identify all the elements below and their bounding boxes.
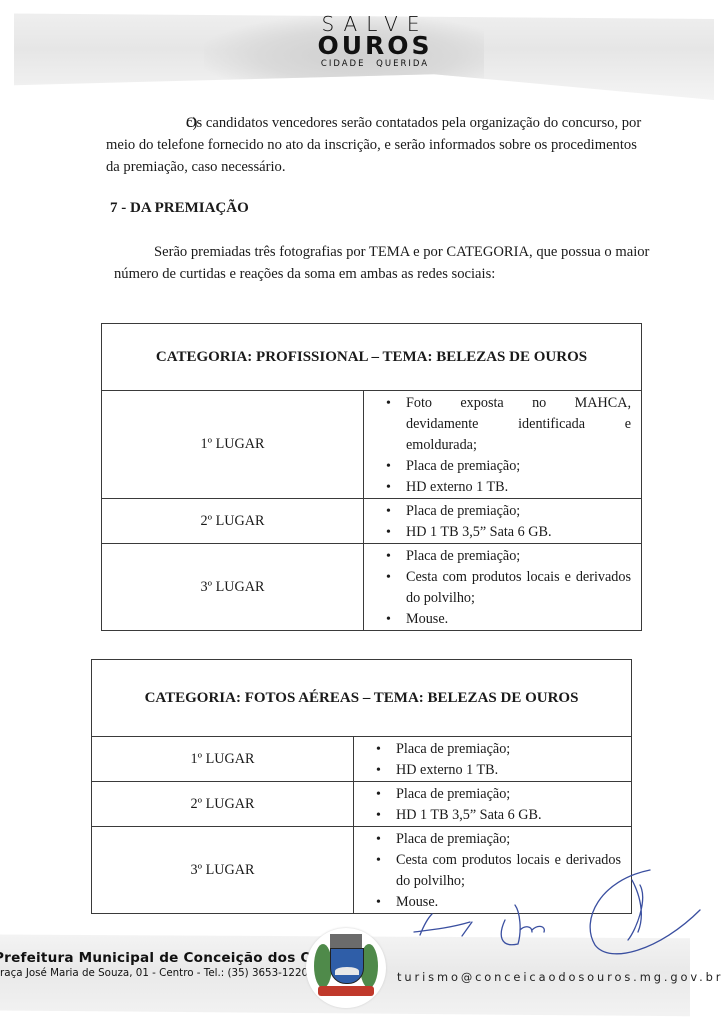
prize-item: Cesta com produtos locais e derivados do…	[374, 850, 621, 892]
section-intro-text: Serão premiadas três fotografias por TEM…	[114, 241, 654, 285]
prize-item: HD externo 1 TB.	[384, 477, 631, 498]
prize-list: Foto exposta no MAHCA, devidamente ident…	[384, 393, 631, 498]
paragraph-c-rest: meio do telefone fornecido no ato da ins…	[106, 134, 652, 178]
prize-list: Placa de premiação;HD 1 TB 3,5” Sata 6 G…	[374, 784, 621, 826]
prize-items-cell: Placa de premiação;Cesta com produtos lo…	[364, 544, 642, 631]
table-title: CATEGORIA: PROFISSIONAL – TEMA: BELEZAS …	[102, 324, 642, 391]
prize-item: Cesta com produtos locais e derivados do…	[384, 567, 631, 609]
section-intro: Serão premiadas três fotografias por TEM…	[114, 241, 654, 285]
prize-list: Placa de premiação;Cesta com produtos lo…	[384, 546, 631, 630]
prize-table-fotos-aereas: CATEGORIA: FOTOS AÉREAS – TEMA: BELEZAS …	[91, 659, 632, 914]
prize-items-cell: Placa de premiação;HD 1 TB 3,5” Sata 6 G…	[364, 499, 642, 544]
prize-item: Foto exposta no MAHCA, devidamente ident…	[384, 393, 631, 456]
prize-item: Placa de premiação;	[374, 739, 621, 760]
logo-line-ouros: OUROS	[300, 34, 450, 58]
prize-list: Placa de premiação;Cesta com produtos lo…	[374, 829, 621, 913]
prize-items-cell: Placa de premiação;HD 1 TB 3,5” Sata 6 G…	[354, 782, 632, 827]
prize-item: HD 1 TB 3,5” Sata 6 GB.	[374, 805, 621, 826]
place-cell: 2º LUGAR	[102, 499, 364, 544]
logo-tagline: CIDADE QUERIDA	[300, 58, 450, 70]
place-cell: 3º LUGAR	[92, 827, 354, 914]
place-cell: 1º LUGAR	[102, 391, 364, 499]
prize-item: Placa de premiação;	[384, 546, 631, 567]
prize-table-profissional: CATEGORIA: PROFISSIONAL – TEMA: BELEZAS …	[101, 323, 642, 631]
section-title: 7 - DA PREMIAÇÃO	[110, 200, 249, 217]
place-cell: 2º LUGAR	[92, 782, 354, 827]
municipal-coat-of-arms-icon	[306, 928, 386, 1008]
table-row: 3º LUGARPlaca de premiação;Cesta com pro…	[92, 827, 632, 914]
salve-ouros-logo: SALVE OUROS CIDADE QUERIDA	[300, 14, 450, 70]
prize-item: HD externo 1 TB.	[374, 760, 621, 781]
prize-item: Mouse.	[374, 892, 621, 913]
prize-item: Placa de premiação;	[374, 784, 621, 805]
prize-items-cell: Placa de premiação;Cesta com produtos lo…	[354, 827, 632, 914]
paragraph-c: c)Os candidatos vencedores serão contata…	[106, 112, 652, 178]
table-row: 1º LUGARFoto exposta no MAHCA, devidamen…	[102, 391, 642, 499]
place-cell: 1º LUGAR	[92, 737, 354, 782]
prize-list: Placa de premiação;HD 1 TB 3,5” Sata 6 G…	[384, 501, 631, 543]
prize-item: Placa de premiação;	[384, 501, 631, 522]
prize-item: Placa de premiação;	[374, 829, 621, 850]
prize-items-cell: Placa de premiação;HD externo 1 TB.	[354, 737, 632, 782]
signature-initials-1	[414, 914, 472, 936]
table-row: 1º LUGARPlaca de premiação;HD externo 1 …	[92, 737, 632, 782]
prize-items-cell: Foto exposta no MAHCA, devidamente ident…	[364, 391, 642, 499]
paragraph-c-line1: Os candidatos vencedores serão contatado…	[186, 115, 641, 131]
footer-org-block: Prefeitura Municipal de Conceição dos Ou…	[0, 950, 347, 981]
prize-item: Placa de premiação;	[384, 456, 631, 477]
table-row: 2º LUGARPlaca de premiação;HD 1 TB 3,5” …	[92, 782, 632, 827]
prize-list: Placa de premiação;HD externo 1 TB.	[374, 739, 621, 781]
footer-org-name: Prefeitura Municipal de Conceição dos Ou…	[0, 950, 347, 966]
table-title: CATEGORIA: FOTOS AÉREAS – TEMA: BELEZAS …	[92, 660, 632, 737]
table-row: 2º LUGARPlaca de premiação;HD 1 TB 3,5” …	[102, 499, 642, 544]
table-row: 3º LUGARPlaca de premiação;Cesta com pro…	[102, 544, 642, 631]
prize-item: HD 1 TB 3,5” Sata 6 GB.	[384, 522, 631, 543]
prize-item: Mouse.	[384, 609, 631, 630]
place-cell: 3º LUGAR	[102, 544, 364, 631]
item-label: c)	[146, 112, 186, 134]
footer-email: turismo@conceicaodosouros.mg.gov.br	[397, 970, 723, 984]
footer-address: Praça José Maria de Souza, 01 - Centro -…	[0, 966, 347, 981]
